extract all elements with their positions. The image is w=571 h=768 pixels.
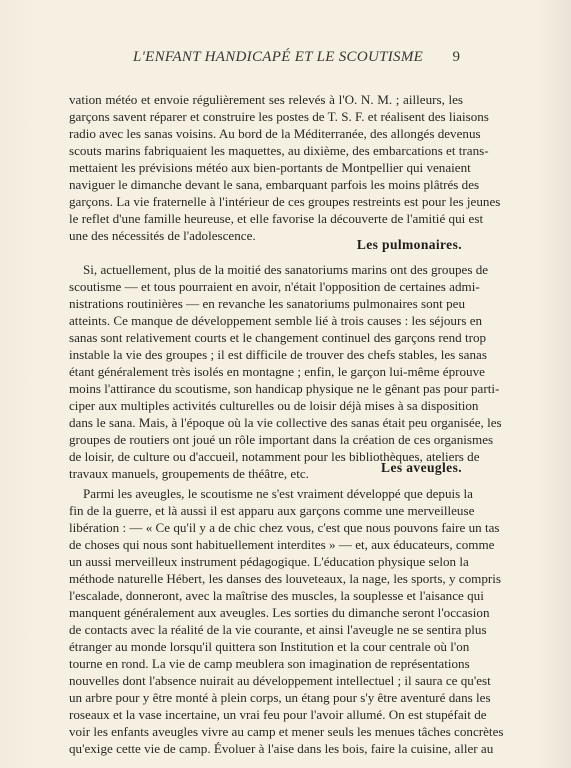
- section-heading-aveugles: Les aveugles.: [381, 460, 462, 476]
- text-line: méthode naturelle Hébert, les danses des…: [69, 570, 463, 587]
- text-line: moins l'attirance du scoutisme, son hand…: [69, 380, 463, 397]
- text-line: libération : — « Ce qu'il y a de chic ch…: [69, 519, 463, 536]
- text-line: roseaux et la vase incertaine, un vrai f…: [69, 706, 463, 723]
- text-line: Si, actuellement, plus de la moitié des …: [69, 261, 463, 278]
- text-line: fin de la guerre, et là aussi il est app…: [69, 502, 463, 519]
- section-heading-pulmonaires: Les pulmonaires.: [357, 237, 462, 253]
- text-line: de contacts avec la réalité de la vie co…: [69, 621, 463, 638]
- text-line: nouvelles dont l'absence nuirait au déve…: [69, 672, 463, 689]
- text-line: voir les enfants aveugles vivre au camp …: [69, 723, 463, 740]
- paragraph-pulmonaires: Si, actuellement, plus de la moitié des …: [69, 261, 463, 482]
- text-line: qu'exige cette vie de camp. Évoluer à l'…: [69, 740, 463, 757]
- text-line: mettaient les prévisions météo aux bien-…: [69, 159, 463, 176]
- running-header: L'ENFANT HANDICAPÉ ET LE SCOUTISME 9: [69, 49, 462, 67]
- text-line: scoutisme — et tous pourraient en avoir,…: [69, 278, 463, 295]
- text-line: étranger au monde lorsqu'il quittera son…: [69, 638, 463, 655]
- text-line: garçons savent réparer et construire les…: [69, 108, 463, 125]
- text-line: atteints. Ce manque de développement sem…: [69, 312, 463, 329]
- text-line: dans le sana. Mais, à l'époque où la vie…: [69, 414, 463, 431]
- text-line: vation météo et envoie régulièrement ses…: [69, 91, 463, 108]
- text-line: nistrations routinières — en revanche le…: [69, 295, 463, 312]
- text-line: tourne en rond. La vie de camp meublera …: [69, 655, 463, 672]
- paragraph-continuation: vation météo et envoie régulièrement ses…: [69, 91, 463, 244]
- text-line: manquent généralement aux aveugles. Les …: [69, 604, 463, 621]
- text-line: garçons. La vie fraternelle à l'intérieu…: [69, 193, 463, 210]
- text-line: sanas sont relativement courts et le cha…: [69, 329, 463, 346]
- text-line: le reflet d'une famille heureuse, et ell…: [69, 210, 463, 227]
- text-line: de choses qui nous sont habituellement i…: [69, 536, 463, 553]
- text-line: instable la vie des groupes ; il est dif…: [69, 346, 463, 363]
- text-line: Parmi les aveugles, le scoutisme ne s'es…: [69, 485, 463, 502]
- text-line: groupes de routiers ont joué un rôle imp…: [69, 431, 463, 448]
- text-line: scouts marins fabriquaient les maquettes…: [69, 142, 463, 159]
- text-line: radio avec les sanas voisins. Au bord de…: [69, 125, 463, 142]
- text-line: un arbre pour y être monté à plein corps…: [69, 689, 463, 706]
- text-line: naviguer le dimanche devant le sana, emb…: [69, 176, 463, 193]
- text-line: étant généralement très isolés en montag…: [69, 363, 463, 380]
- text-line: l'escalade, donneront, avec la maîtrise …: [69, 587, 463, 604]
- paragraph-aveugles: Parmi les aveugles, le scoutisme ne s'es…: [69, 485, 463, 757]
- page-number: 9: [453, 49, 461, 66]
- running-title: L'ENFANT HANDICAPÉ ET LE SCOUTISME: [133, 49, 423, 66]
- text-line: ciper aux multiples activités culturelle…: [69, 397, 463, 414]
- text-line: un aussi merveilleux instrument pédagogi…: [69, 553, 463, 570]
